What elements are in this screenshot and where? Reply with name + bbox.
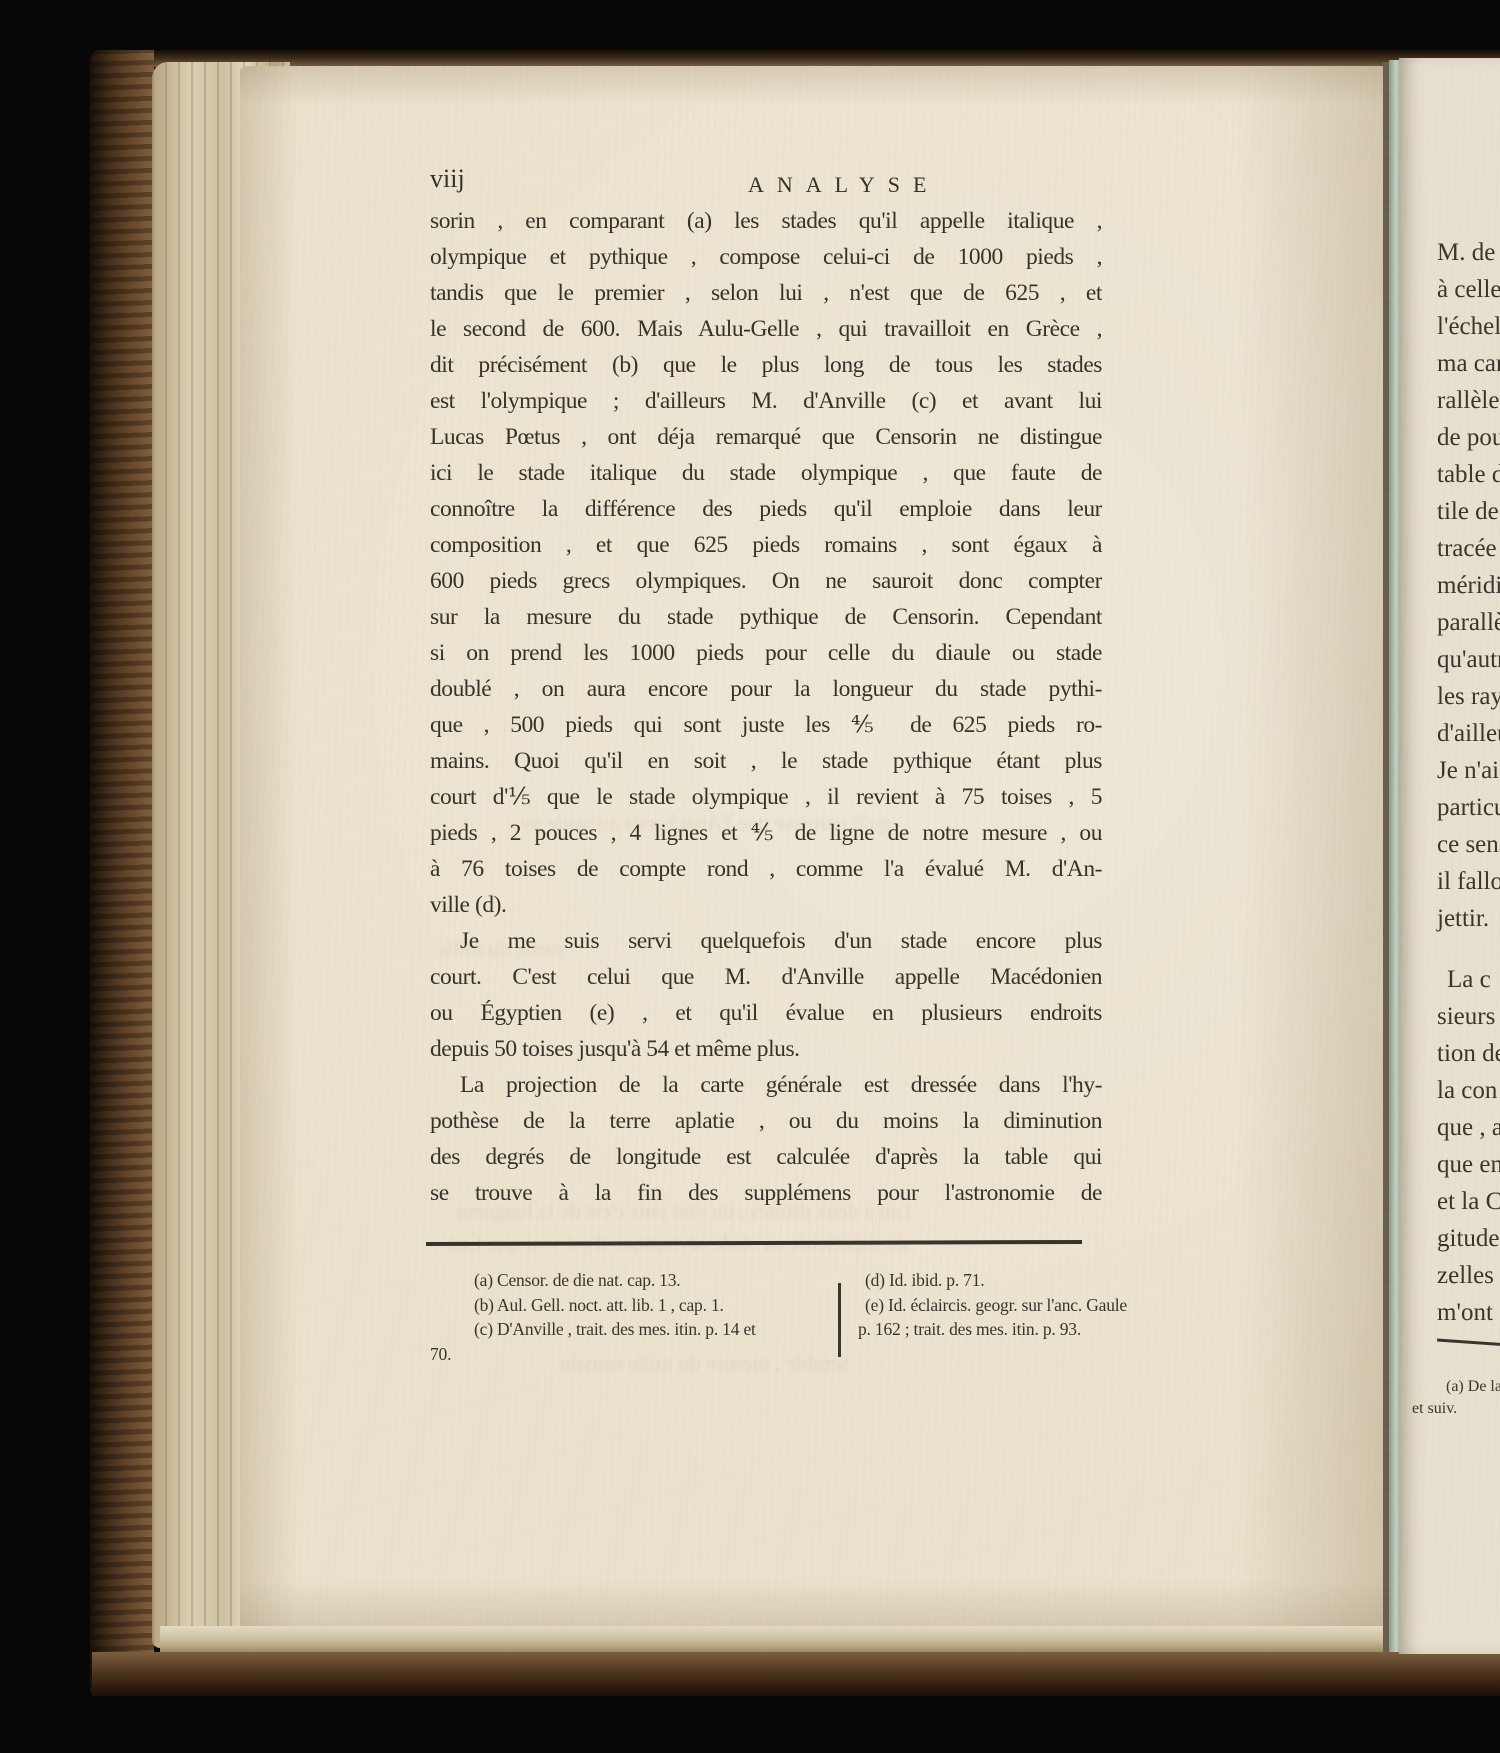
body-text-line: à 76 toises de compte rond , comme l'a é… <box>430 851 1102 887</box>
facing-page-line: parallè <box>1437 604 1500 641</box>
footnote-line: (e) Id. éclaircis. geogr. sur l'anc. Gau… <box>858 1293 1198 1318</box>
facing-page-line: table d <box>1437 456 1500 493</box>
footnote-line: (c) D'Anville , trait. des mes. itin. p.… <box>430 1317 832 1342</box>
facing-page-line: méridi <box>1437 567 1500 604</box>
body-text-line: court. C'est celui que M. d'Anville appe… <box>430 959 1102 995</box>
page-edge-stack-bottom <box>160 1626 1386 1652</box>
page-number: viij <box>430 164 465 194</box>
facing-page-text: M. de là cellel'échellma carrallèlesde p… <box>1437 234 1500 1331</box>
body-text-line: tandis que le premier , selon lui , n'es… <box>430 275 1102 311</box>
book-cover-spine-edge <box>90 50 154 1696</box>
facing-page-line: gitude <box>1437 1220 1500 1257</box>
body-text-line: dit précisément (b) que le plus long de … <box>430 347 1102 383</box>
body-text-line: depuis 50 toises jusqu'à 54 et même plus… <box>430 1031 1102 1067</box>
facing-page-line: tion de <box>1437 1035 1500 1072</box>
body-text-line: que , 500 pieds qui sont juste les ⅘ de … <box>430 707 1102 743</box>
facing-page-line: M. de l <box>1437 234 1500 271</box>
facing-page-line: jettir. <box>1437 900 1500 937</box>
facing-page-line: ma car <box>1437 345 1500 382</box>
facing-page-line: l'échell <box>1437 308 1500 345</box>
facing-page-line: zelles a <box>1437 1257 1500 1294</box>
facing-page-line: et la Ca <box>1437 1183 1500 1220</box>
photo-background: { "book": { "left_page": { "folio": "vii… <box>0 0 1500 1753</box>
facing-page-line: d'ailleu <box>1437 715 1500 752</box>
body-text-line: ville (d). <box>430 887 1102 923</box>
facing-page-line: Je n'ai <box>1437 752 1500 789</box>
facing-page-line: qu'autr <box>1437 641 1500 678</box>
facing-page-line: de pou <box>1437 419 1500 456</box>
facing-page-line: il falloi <box>1437 863 1500 900</box>
facing-page-line: tracée <box>1437 530 1500 567</box>
facing-page-line: La c <box>1437 961 1500 998</box>
footnote-column-divider <box>838 1283 841 1357</box>
footnote-line: 70. <box>430 1342 832 1367</box>
body-text-line: olympique et pythique , compose celui-ci… <box>430 239 1102 275</box>
footnote-line: (b) Aul. Gell. noct. att. lib. 1 , cap. … <box>430 1293 832 1318</box>
facing-page-footnotes: (a) De laet suiv. <box>1412 1376 1500 1420</box>
facing-page-line: particu <box>1437 789 1500 826</box>
body-text-line: des degrés de longitude est calculée d'a… <box>430 1139 1102 1175</box>
body-text-line: doublé , on aura encore pour la longueur… <box>430 671 1102 707</box>
footnote-line: p. 162 ; trait. des mes. itin. p. 93. <box>858 1317 1198 1342</box>
facing-page-line: que en <box>1437 1146 1500 1183</box>
footnotes-right-column: (d) Id. ibid. p. 71.(e) Id. éclaircis. g… <box>858 1268 1198 1342</box>
body-text-line: ou Égyptien (e) , et qu'il évalue en plu… <box>430 995 1102 1031</box>
body-text-line: sur la mesure du stade pythique de Censo… <box>430 599 1102 635</box>
facing-page-line: à celle <box>1437 271 1500 308</box>
footnotes-left-column: (a) Censor. de die nat. cap. 13.(b) Aul.… <box>430 1268 832 1366</box>
body-text-line: se trouve à la fin des supplémens pour l… <box>430 1175 1102 1211</box>
body-text-line: Je me suis servi quelquefois d'un stade … <box>430 923 1102 959</box>
facing-page-line: les ray <box>1437 678 1500 715</box>
footnote-line: (a) Censor. de die nat. cap. 13. <box>430 1268 832 1293</box>
footnote-line: (d) Id. ibid. p. 71. <box>858 1268 1198 1293</box>
facing-page-footnote-line: et suiv. <box>1412 1398 1500 1420</box>
body-text-line: pothèse de la terre aplatie , ou du moin… <box>430 1103 1102 1139</box>
book-cover-bottom-edge <box>92 1652 1500 1696</box>
gutter-ribbon <box>1389 60 1399 1652</box>
body-text-line: sorin , en comparant (a) les stades qu'i… <box>430 203 1102 239</box>
facing-page-line: la con <box>1437 1072 1500 1109</box>
body-text-line: La projection de la carte générale est d… <box>430 1067 1102 1103</box>
body-text-line: Lucas Pœtus , ont déja remarqué que Cens… <box>430 419 1102 455</box>
body-text-line: pieds , 2 pouces , 4 lignes et ⅘ de lign… <box>430 815 1102 851</box>
running-title: ANALYSE <box>748 172 939 198</box>
facing-page-line: ce sens <box>1437 826 1500 863</box>
body-text-line: 600 pieds grecs olympiques. On ne sauroi… <box>430 563 1102 599</box>
body-text-line: connoître la différence des pieds qu'il … <box>430 491 1102 527</box>
facing-page-line: que , au <box>1437 1109 1500 1146</box>
body-text: sorin , en comparant (a) les stades qu'i… <box>430 203 1102 1211</box>
body-text-line: court d'⅕ que le stade olympique , il re… <box>430 779 1102 815</box>
facing-page-line: tile de <box>1437 493 1500 530</box>
facing-page-line: m'ont f <box>1437 1294 1500 1331</box>
body-text-line: ici le stade italique du stade olympique… <box>430 455 1102 491</box>
facing-page-line: rallèles <box>1437 382 1500 419</box>
facing-page-footnote-line: (a) De la <box>1412 1376 1500 1398</box>
body-text-line: mains. Quoi qu'il en soit , le stade pyt… <box>430 743 1102 779</box>
body-text-line: le second de 600. Mais Aulu-Gelle , qui … <box>430 311 1102 347</box>
facing-page-line: sieurs <box>1437 998 1500 1035</box>
book-cover-top-edge <box>96 50 1500 67</box>
body-text-line: composition , et que 625 pieds romains ,… <box>430 527 1102 563</box>
body-text-line: si on prend les 1000 pieds pour celle du… <box>430 635 1102 671</box>
body-text-line: est l'olympique ; d'ailleurs M. d'Anvill… <box>430 383 1102 419</box>
